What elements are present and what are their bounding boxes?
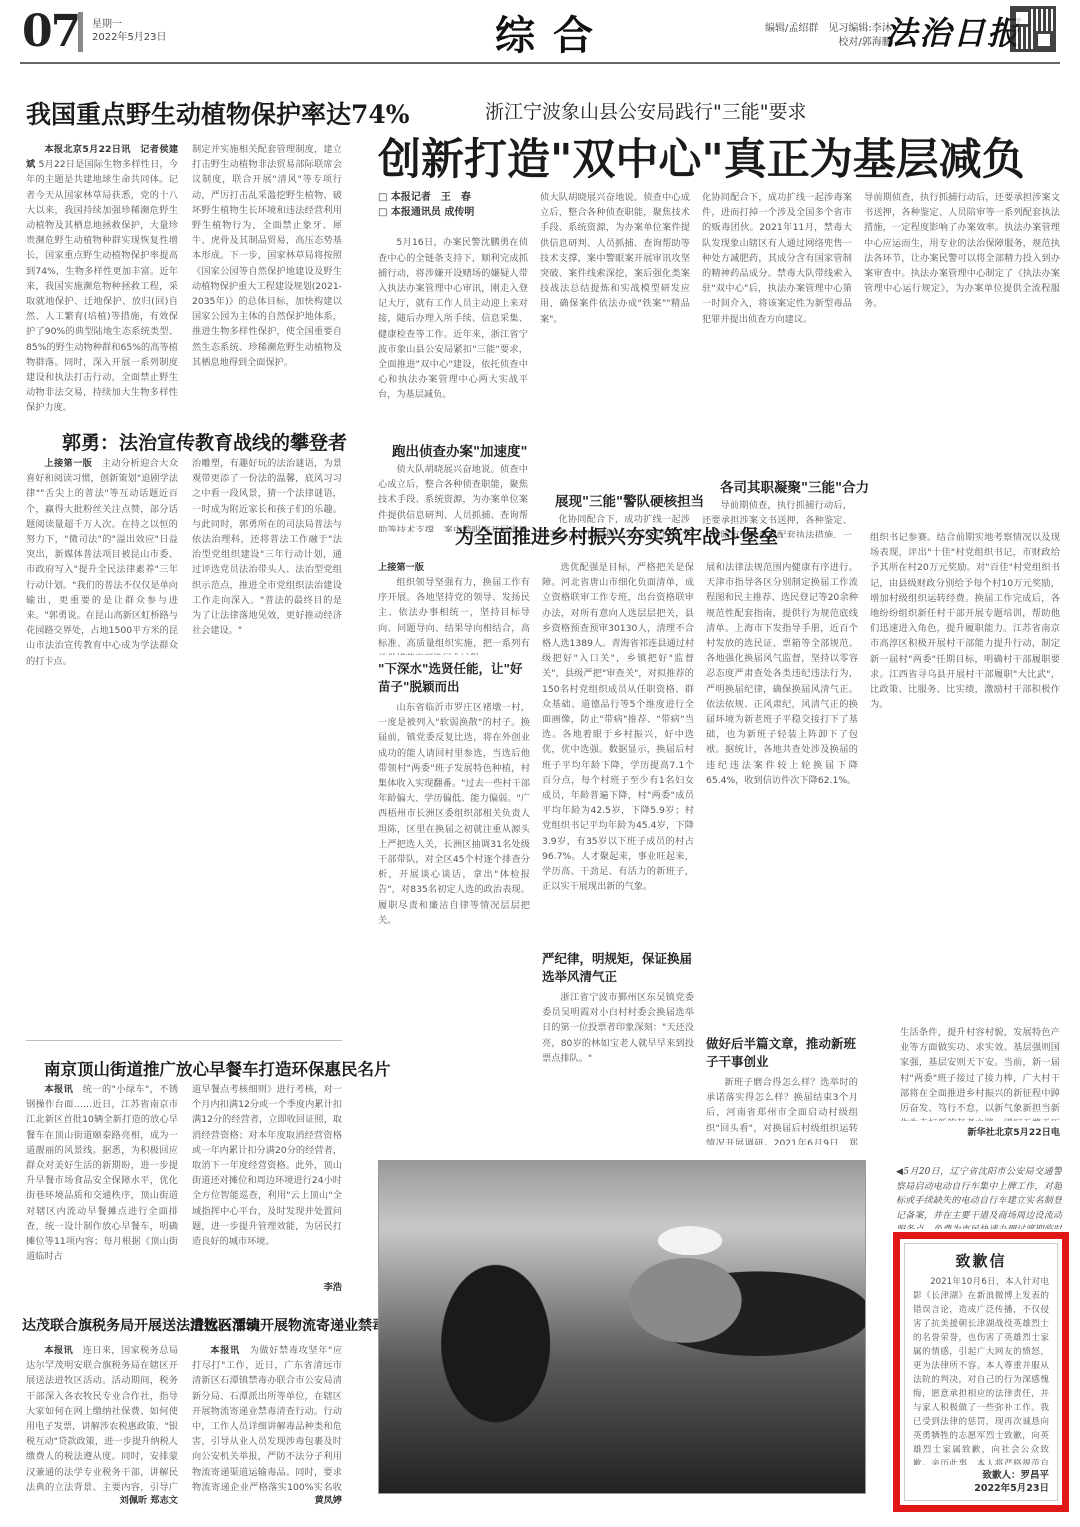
qingyuan-lead: 本报讯: [210, 1345, 239, 1356]
wildlife-body-2: 制定并实施相关配套管理制度，建立打击野生动植物非法贸易部际联席会议制度，联合开展…: [192, 142, 342, 370]
apology-body: 2021年10月6日，本人针对电影《长津湖》在新浪微博上发表的错误言论，造成广泛…: [913, 1275, 1049, 1465]
nanjing-byline: 李浩: [192, 1280, 342, 1295]
guoyong-body-1: 主动分析迎合大众喜好和阅读习惯，创新策划"追剧学法律""舌尖上的普法"等互动话题…: [26, 458, 178, 667]
apology-signature: 致歉人：罗昌平 2022年5月23日: [913, 1469, 1049, 1495]
rural-col-1a: 组织领导坚强有力，换届工作有序开展。各地坚持党的领导、发扬民主、依法办事相统一，…: [378, 575, 530, 655]
photo-caption: ◀5月20日，辽宁省沈阳市公安局交通警察局启动电动自行车集中上牌工作，对超标或手…: [896, 1165, 1062, 1229]
xiangshan-headline: 创新打造"双中心"真正为基层减负: [378, 126, 1025, 187]
apology-letter-inner: 致歉信 2021年10月6日，本人针对电影《长津湖》在新浪微博上发表的错误言论，…: [904, 1243, 1058, 1501]
rural-body-2: 选优配强是目标，严格把关是保障。河北省唐山市细化负面清单，成立资格联审工作专班，…: [542, 560, 694, 894]
xiangshan-subhead-1: 跑出侦查办案"加速度": [392, 440, 528, 460]
xiangshan-col-4: 导前期侦查，执行抓捕行动后，还要承担涉案文书送押，各种鉴定、人员陪审等一系列配套…: [864, 190, 1060, 500]
page-number-divider: [78, 12, 83, 52]
xiangshan-col-3: 化协同配合下，成功扩线一起涉毒案件，进而打掉一个涉及全国多个省市的贩毒团伙。20…: [702, 190, 852, 475]
rural-col-2: 选优配强是目标，严格把关是保障。河北省唐山市细化负面清单，成立资格联审工作专班，…: [542, 560, 694, 950]
xiangshan-subhead-3: 各司其职凝聚"三能"合力: [720, 476, 869, 496]
masthead: 07 星期一 2022年5月23日 综合 编辑/孟绍群 见习编辑:李沐 校对/郭…: [20, 0, 1060, 62]
wildlife-dateline: 本报北京5月22日讯: [44, 144, 130, 155]
guoyong-col-1: 上接第一版 主动分析迎合大众喜好和阅读习惯，创新策划"追剧学法律""舌尖上的普法…: [26, 456, 178, 1026]
xiangshan-kicker: 浙江宁波象山县公安局践行"三能"要求: [485, 97, 806, 124]
rural-body-3: 展和法律法规范围内健康有序进行。天津市指导各区分别制定换届工作流程图和民主推荐、…: [706, 560, 858, 788]
damao-lead: 本报讯: [44, 1345, 73, 1356]
rural-subhead-2: 严纪律，明规矩，保证换届选举风清气正: [542, 950, 694, 986]
rural-body-1: 组织领导坚强有力，换届工作有序开展。各地坚持党的领导、发扬民主、依法办事相统一，…: [378, 575, 530, 655]
issue-date: 星期一 2022年5月23日: [92, 18, 167, 44]
masthead-rule: [20, 62, 1060, 64]
qr-code-icon[interactable]: [1010, 6, 1056, 52]
nanjing-lead: 本报讯: [44, 1084, 73, 1095]
editor-credits: 编辑/孟绍群 见习编辑:李沐 校对/郭海鹏: [765, 22, 892, 50]
qingyuan-text: 为做好禁毒攻坚年"应打尽打"工作，近日，广东省清远市清新区石潭镇禁毒办联合市公安…: [192, 1345, 342, 1493]
apology-letter-box: 致歉信 2021年10月6日，本人针对电影《长津湖》在新浪微博上发表的错误言论，…: [893, 1232, 1069, 1512]
guoyong-headline: 郭勇：法治宣传教育战线的攀登者: [62, 428, 347, 455]
rural-lead: 上接第一版: [378, 560, 530, 575]
nanjing-col-2: 道早餐点考核细则》进行考核，对一个月内扣满12分或一个季度内累计扣满12分的经营…: [192, 1082, 342, 1296]
nanjing-body-1: 统一的"小绿车"，不锈钢操作台面……近日，江苏省南京市江北新区首批10辆全新打造…: [26, 1084, 178, 1262]
rural-subhead-1: "下深水"选贤任能，让"好苗子"脱颖而出: [378, 660, 530, 696]
guoyong-body-2: 治雕塑，有趣好玩的法治谜语，为景观带更添了一份法的温馨，底风习习之中看一段风景，…: [192, 456, 342, 638]
damao-byline: 刘佩昕 郑志文: [26, 1493, 178, 1508]
section-title: 综合: [495, 4, 611, 61]
xiangshan-subhead-2: 展现"三能"警队硬核担当: [555, 490, 704, 510]
qingyuan-byline: 黄凤婷: [192, 1493, 342, 1508]
page-number: 07: [22, 6, 79, 57]
damao-text: 连日来，国家税务总局达尔罕茂明安联合旗税务局在辖区开展送法进牧区活动。活动期间，…: [26, 1345, 178, 1493]
rural-col-4b: 生活条件，提升村容村貌，发展特色产业等方面做实功、求实效。基层强则国家强，基层安…: [900, 1025, 1060, 1155]
xiangshan-col-1: □ 本报记者 王 春 □ 本报通讯员 成传明 5月16日，办案民警沈鹏勇在侦查中…: [378, 190, 528, 440]
rural-body-4b: 生活条件，提升村容村貌，发展特色产业等方面做实功、求实效。基层强则国家强，基层安…: [900, 1025, 1060, 1121]
paper-logo: 法治日报: [885, 8, 1021, 54]
rural-body-3b: 新班子磨合得怎么样？选举时的承诺落实得怎么样？换届结束3个月后，河南省郑州市全面…: [706, 1075, 858, 1145]
rural-subhead-3: 做好后半篇文章，推动新班子干事创业: [706, 1035, 858, 1071]
nanjing-body-2: 道早餐点考核细则》进行考核，对一个月内扣满12分或一个季度内累计扣满12分的经营…: [192, 1082, 342, 1280]
xiangshan-col-2: 侦大队胡晓展兴奋地说。侦查中心成立后，整合各种侦查职能，聚焦技术手段、系统资源，…: [540, 190, 690, 490]
apology-title: 致歉信: [913, 1250, 1049, 1271]
xiangshan-body-1: 5月16日，办案民警沈鹏勇在侦查中心的全链条支持下，顺利完成抓捕行动，将涉嫌开设…: [378, 235, 528, 423]
rural-col-1b: 山东省临沂市罗庄区褚墩一村，一度是被列入"软弱涣散"的村子。换届前，镇党委反复比…: [378, 700, 530, 1140]
date: 2022年5月23日: [92, 31, 167, 44]
wildlife-col-2: 制定并实施相关配套管理制度，建立打击野生动植物非法贸易部际联席会议制度，联合开展…: [192, 142, 342, 412]
photo-caption-text: ◀5月20日，辽宁省沈阳市公安局交通警察局启动电动自行车集中上牌工作，对超标或手…: [896, 1167, 1062, 1229]
xiangshan-body-2: 侦大队胡晓展兴奋地说。侦查中心成立后，整合各种侦查职能，聚焦技术手段、系统资源，…: [540, 190, 690, 327]
wildlife-body-1: 5月22日是国际生物多样性日，今年的主题是共建地球生命共同体。记者今天从国家林草…: [26, 159, 178, 412]
rural-col-3b: 新班子磨合得怎么样？选举时的承诺落实得怎么样？换届结束3个月后，河南省郑州市全面…: [706, 1075, 858, 1145]
xiangshan-body-3: 化协同配合下，成功扩线一起涉毒案件，进而打掉一个涉及全国多个省市的贩毒团伙。20…: [702, 190, 852, 327]
wildlife-headline: 我国重点野生动植物保护率达74%: [26, 95, 410, 131]
xiangshan-body-4: 导前期侦查，执行抓捕行动后，还要承担涉案文书送押，各种鉴定、人员陪审等一系列配套…: [864, 190, 1060, 312]
rural-col-3: 展和法律法规范围内健康有序进行。天津市指导各区分别制定换届工作流程图和民主推荐、…: [706, 560, 858, 960]
xiangshan-reporter: □ 本报记者 王 春: [378, 190, 528, 205]
nanjing-headline: 南京顶山街道推广放心早餐车打造环保惠民名片: [44, 1056, 391, 1080]
divider: [26, 1040, 342, 1041]
rural-body-4: 组织书记参赛。结合前期实地考察情况以及现场表现，评出"十佳"村党组织书记，市财政…: [870, 530, 1060, 1010]
rural-headline: 为全面推进乡村振兴夯实筑牢战斗堡垒: [455, 522, 778, 549]
rural-body-1b: 山东省临沂市罗庄区褚墩一村，一度是被列入"软弱涣散"的村子。换届前，镇党委反复比…: [378, 700, 530, 928]
weekday: 星期一: [92, 18, 167, 31]
qingyuan-body: 本报讯 为做好禁毒攻坚年"应打尽打"工作，近日，广东省清远市清新区石潭镇禁毒办联…: [192, 1343, 342, 1513]
apology-signer: 致歉人：罗昌平: [913, 1469, 1049, 1482]
damao-body: 本报讯 连日来，国家税务总局达尔罕茂明安联合旗税务局在辖区开展送法进牧区活动。活…: [26, 1343, 178, 1513]
rural-body-2b: 浙江省宁波市鄞州区东吴镇党委委员吴明霞对小白村村委会换届选举日的第一位投票者印象…: [542, 990, 694, 1066]
editor-line-1: 编辑/孟绍群 见习编辑:李沐: [765, 22, 892, 36]
rural-byline: 新华社北京5月22日电: [900, 1125, 1060, 1140]
news-photo: [378, 1160, 866, 1494]
apology-date: 2022年5月23日: [913, 1482, 1049, 1495]
rural-col-2b: 浙江省宁波市鄞州区东吴镇党委委员吴明霞对小白村村委会换届选举日的第一位投票者印象…: [542, 990, 694, 1140]
xiangshan-correspondent: □ 本报通讯员 成传明: [378, 205, 528, 220]
guoyong-lead: 上接第一版: [44, 458, 92, 469]
guoyong-col-2: 治雕塑，有趣好玩的法治谜语，为景观带更添了一份法的温馨，底风习习之中看一段风景，…: [192, 456, 342, 1026]
editor-line-2: 校对/郭海鹏: [765, 36, 892, 50]
nanjing-col-1: 本报讯 统一的"小绿车"，不锈钢操作台面……近日，江苏省南京市江北新区首批10辆…: [26, 1082, 178, 1296]
wildlife-col-1: 本报北京5月22日讯 记者侯建斌 5月22日是国际生物多样性日，今年的主题是共建…: [26, 142, 178, 412]
rural-col-4: 组织书记参赛。结合前期实地考察情况以及现场表现，评出"十佳"村党组织书记，市财政…: [870, 530, 1060, 1030]
